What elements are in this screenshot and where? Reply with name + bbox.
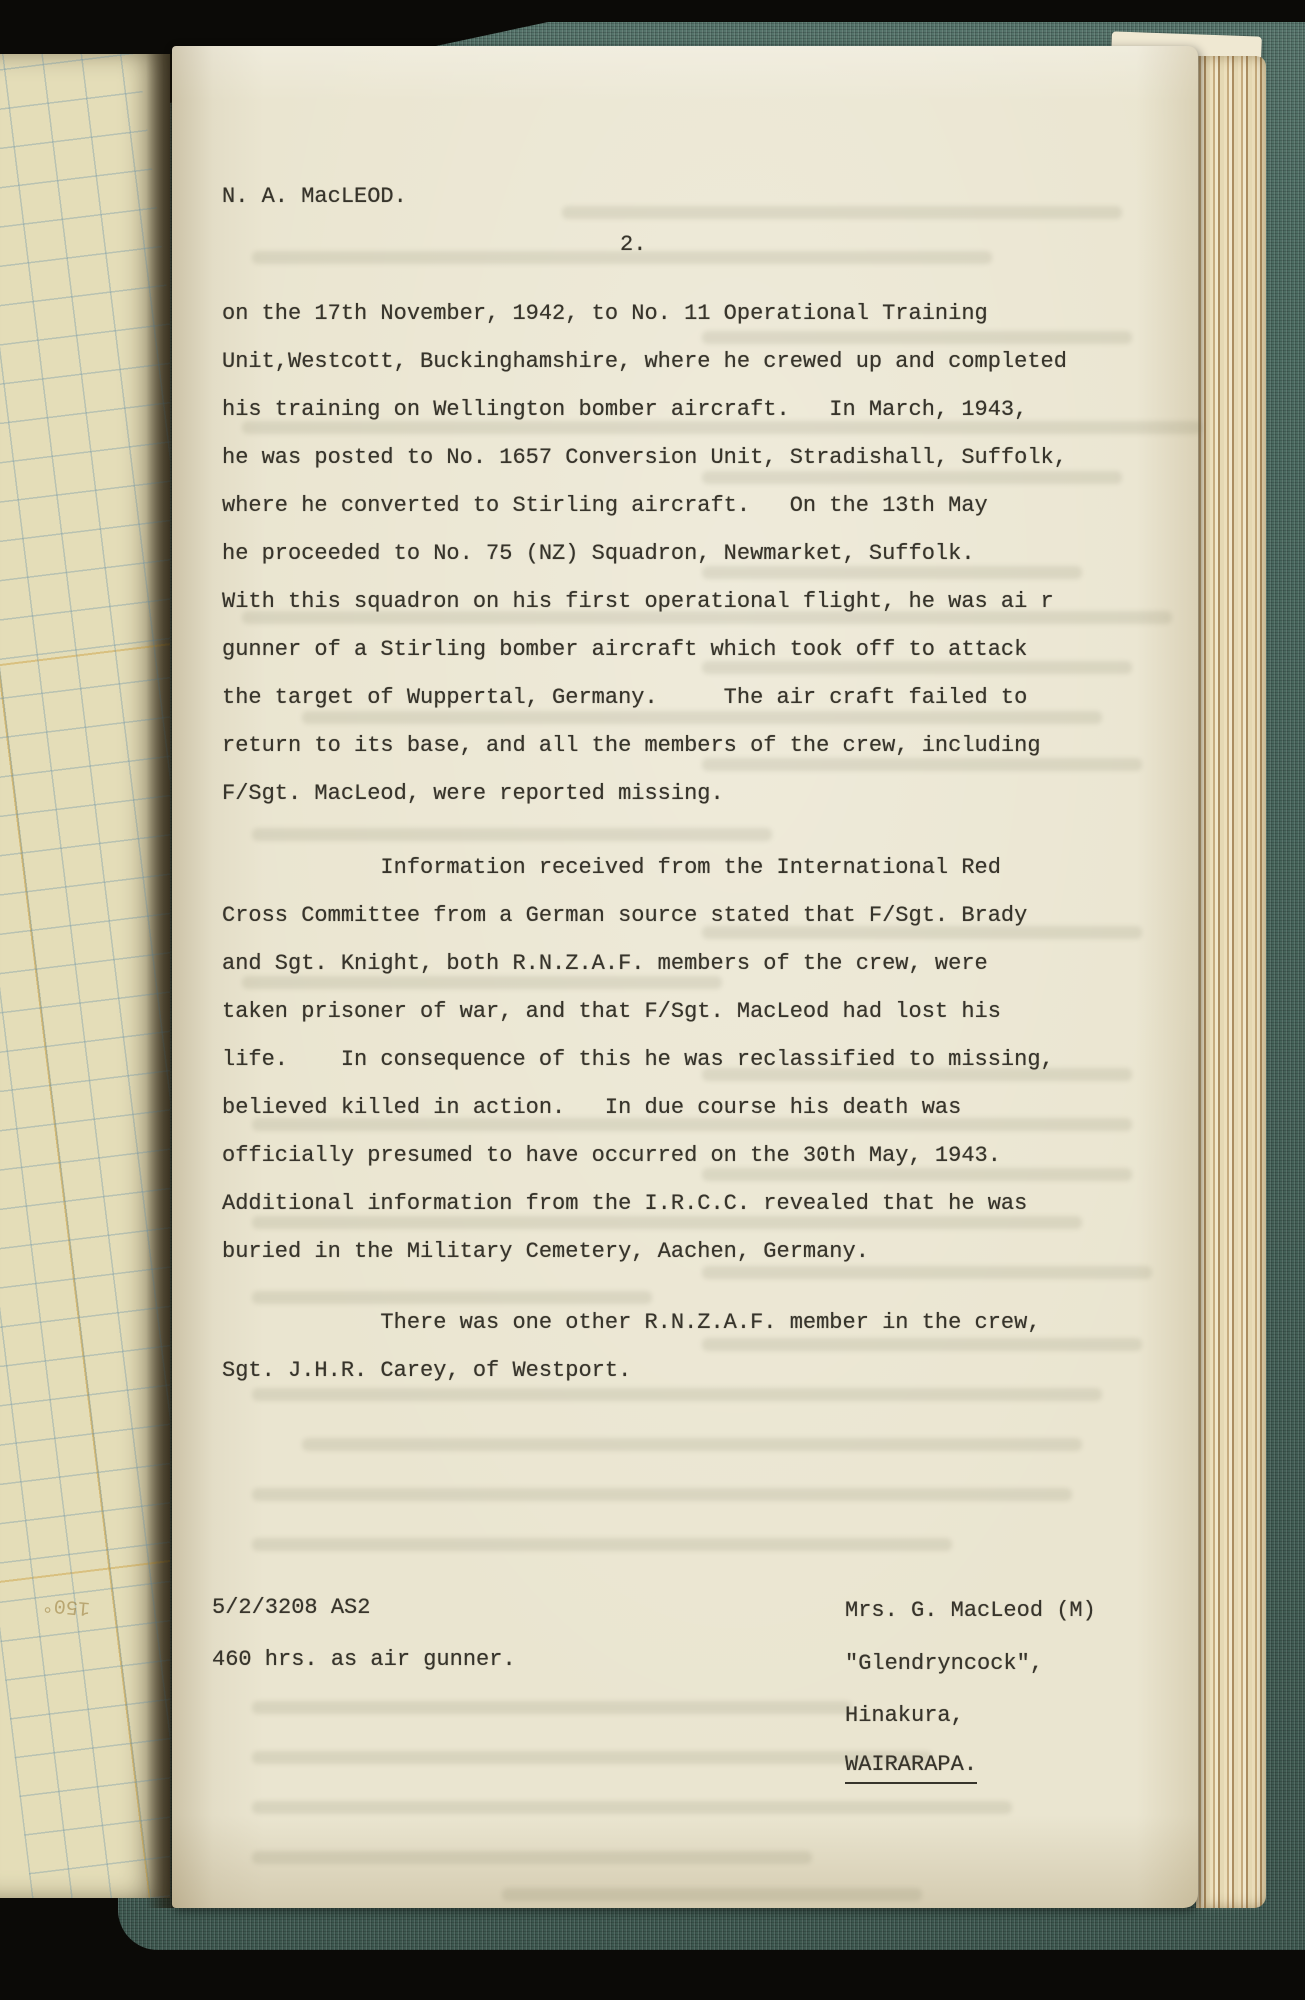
file-reference: 5/2/3208 AS2	[212, 1595, 370, 1621]
bleed-through-line	[252, 1801, 1012, 1814]
next-of-kin-name: Mrs. G. MacLeod (M)	[845, 1598, 1096, 1624]
paragraph-line: Information received from the Internatio…	[222, 844, 1054, 892]
paragraph-line: life. In consequence of this he was recl…	[222, 1036, 1054, 1084]
paragraph-line: F/Sgt. MacLeod, were reported missing.	[222, 770, 1067, 818]
fore-edge-page-stack	[1196, 56, 1266, 1908]
paragraph-line: officially presumed to have occurred on …	[222, 1132, 1054, 1180]
paragraph-service-history: on the 17th November, 1942, to No. 11 Op…	[222, 290, 1067, 818]
document-page: N. A. MacLEOD. 2. on the 17th November, …	[172, 46, 1198, 1908]
next-of-kin-region: WAIRARAPA.	[845, 1752, 977, 1784]
paragraph-line: Cross Committee from a German source sta…	[222, 892, 1054, 940]
facing-map-page: 150°	[0, 54, 170, 1898]
map-grid-label: 150°	[41, 1592, 91, 1619]
paragraph-line: taken prisoner of war, and that F/Sgt. M…	[222, 988, 1054, 1036]
bleed-through-line	[302, 1438, 1082, 1451]
bleed-through-line	[252, 1488, 1072, 1501]
bleed-through-line	[252, 828, 772, 841]
paragraph-line: return to its base, and all the members …	[222, 722, 1067, 770]
map-grid-texture	[0, 54, 170, 1898]
bleed-through-line	[252, 1538, 952, 1551]
next-of-kin-region-text: WAIRARAPA.	[845, 1752, 977, 1784]
paragraph-line: where he converted to Stirling aircraft.…	[222, 482, 1067, 530]
paragraph-red-cross-information: Information received from the Internatio…	[222, 844, 1054, 1276]
subject-name: N. A. MacLEOD.	[222, 184, 407, 210]
paragraph-line: Unit,Westcott, Buckinghamshire, where he…	[222, 338, 1067, 386]
paragraph-line: the target of Wuppertal, Germany. The ai…	[222, 674, 1067, 722]
paragraph-line: Additional information from the I.R.C.C.…	[222, 1180, 1054, 1228]
paragraph-line: he proceeded to No. 75 (NZ) Squadron, Ne…	[222, 530, 1067, 578]
bleed-through-line	[252, 1851, 812, 1864]
bleed-through-line	[562, 206, 1122, 219]
bleed-through-line	[502, 1888, 922, 1901]
paragraph-line: on the 17th November, 1942, to No. 11 Op…	[222, 290, 1067, 338]
page-number: 2.	[620, 232, 646, 258]
paragraph-line: There was one other R.N.Z.A.F. member in…	[222, 1299, 1041, 1347]
next-of-kin-locality: Hinakura,	[845, 1703, 964, 1729]
paragraph-line: his training on Wellington bomber aircra…	[222, 386, 1067, 434]
paragraph-line: With this squadron on his first operatio…	[222, 578, 1067, 626]
paragraph-line: Sgt. J.H.R. Carey, of Westport.	[222, 1347, 1041, 1395]
paragraph-other-crew-member: There was one other R.N.Z.A.F. member in…	[222, 1299, 1041, 1395]
archive-book-photo: 150° N. A. MacLEOD. 2. on the 17th Novem…	[0, 0, 1305, 2000]
paragraph-line: and Sgt. Knight, both R.N.Z.A.F. members…	[222, 940, 1054, 988]
bleed-through-line	[252, 1751, 932, 1764]
paragraph-line: buried in the Military Cemetery, Aachen,…	[222, 1228, 1054, 1276]
paragraph-line: believed killed in action. In due course…	[222, 1084, 1054, 1132]
flying-hours-note: 460 hrs. as air gunner.	[212, 1647, 516, 1673]
next-of-kin-house: "Glendryncock",	[845, 1651, 1043, 1677]
bleed-through-line	[252, 1701, 852, 1714]
paragraph-line: gunner of a Stirling bomber aircraft whi…	[222, 626, 1067, 674]
paragraph-line: he was posted to No. 1657 Conversion Uni…	[222, 434, 1067, 482]
